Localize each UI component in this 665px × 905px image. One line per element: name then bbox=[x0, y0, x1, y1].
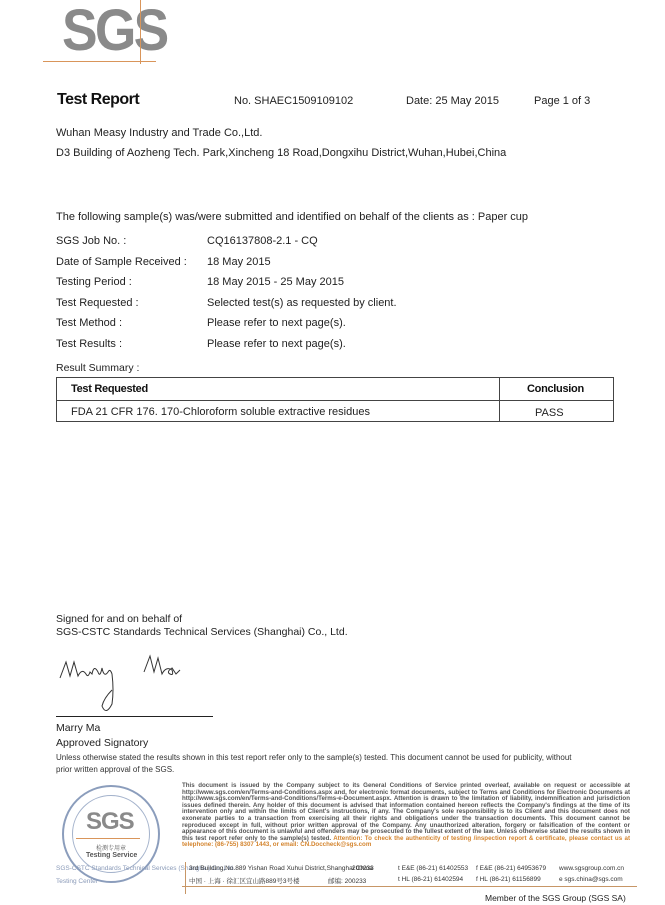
info-value-sample-received: 18 May 2015 bbox=[207, 256, 271, 268]
info-label: Test Method : bbox=[56, 317, 122, 329]
footer-phone-ee: t E&E (86-21) 61402553 bbox=[398, 865, 468, 872]
table-cell-test: FDA 21 CFR 176. 170-Chloroform soluble e… bbox=[71, 406, 370, 418]
terms-fine-print: This document is issued by the Company s… bbox=[182, 783, 630, 849]
stamp-sgs-logo: SGS bbox=[86, 808, 134, 836]
info-label: Test Results : bbox=[56, 338, 122, 350]
info-label: Date of Sample Received : bbox=[56, 256, 187, 268]
report-number: No. SHAEC1509109102 bbox=[234, 95, 353, 107]
stamp-label: Testing Service bbox=[86, 852, 137, 859]
page-number: Page 1 of 3 bbox=[534, 95, 590, 107]
terms-body: This document is issued by the Company s… bbox=[182, 782, 630, 842]
footer-phone-hl: t HL (86-21) 61402594 bbox=[398, 876, 463, 883]
report-date: Date: 25 May 2015 bbox=[406, 95, 499, 107]
footer-email: e sgs.china@sgs.com bbox=[559, 876, 623, 883]
signing-company: SGS-CSTC Standards Technical Services (S… bbox=[56, 626, 348, 638]
info-value-testing-period: 18 May 2015 - 25 May 2015 bbox=[207, 276, 344, 288]
footer-postcode-cn: 邮编: 200233 bbox=[328, 876, 366, 885]
table-column-divider bbox=[499, 378, 500, 421]
disclaimer-line-2: prior written approval of the SGS. bbox=[56, 765, 174, 774]
info-value-test-requested: Selected test(s) as requested by client. bbox=[207, 297, 397, 309]
stamp-center-text: Testing Center bbox=[56, 878, 98, 885]
result-summary-label: Result Summary : bbox=[56, 362, 139, 374]
signatory-title: Approved Signatory bbox=[56, 737, 148, 749]
info-label: Testing Period : bbox=[56, 276, 132, 288]
handwritten-signature bbox=[56, 650, 196, 718]
info-value-test-results: Please refer to next page(s). bbox=[207, 338, 346, 350]
info-label: SGS Job No. : bbox=[56, 235, 126, 247]
table-header-conclusion: Conclusion bbox=[527, 383, 584, 395]
disclaimer-line-1: Unless otherwise stated the results show… bbox=[56, 753, 572, 762]
signature-line bbox=[56, 716, 213, 717]
page-title: Test Report bbox=[57, 91, 139, 109]
footer-fax-ee: f E&E (86-21) 64953679 bbox=[476, 865, 546, 872]
signed-for-label: Signed for and on behalf of bbox=[56, 613, 182, 625]
footer-fax-hl: f HL (86-21) 61156899 bbox=[476, 876, 541, 883]
stamp-cn-label: 检测专用章 bbox=[96, 843, 126, 852]
logo-vertical-rule bbox=[140, 0, 141, 64]
client-name: Wuhan Measy Industry and Trade Co.,Ltd. bbox=[56, 127, 262, 139]
footer-website: www.sgsgroup.com.cn bbox=[559, 865, 624, 872]
table-header-test-requested: Test Requested bbox=[71, 383, 148, 395]
table-cell-conclusion: PASS bbox=[535, 407, 564, 419]
footer-address-cn: 中国 · 上海 · 徐汇区宜山路889号3号楼 bbox=[189, 876, 300, 885]
stamp-rule bbox=[76, 838, 140, 839]
info-value-job-no: CQ16137808-2.1 - CQ bbox=[207, 235, 318, 247]
info-label: Test Requested : bbox=[56, 297, 139, 309]
member-of-sgs-group: Member of the SGS Group (SGS SA) bbox=[485, 893, 626, 903]
signatory-name: Marry Ma bbox=[56, 722, 100, 734]
client-address: D3 Building of Aozheng Tech. Park,Xinche… bbox=[56, 147, 506, 159]
footer-address-en: 3rd Building,No.889 Yishan Road Xuhui Di… bbox=[189, 865, 373, 872]
info-value-test-method: Please refer to next page(s). bbox=[207, 317, 346, 329]
sgs-logo: SGS bbox=[62, 2, 166, 60]
footer-vertical-rule bbox=[185, 862, 186, 894]
sample-intro: The following sample(s) was/were submitt… bbox=[56, 211, 528, 223]
footer-postcode-en: 200233 bbox=[352, 865, 374, 872]
footer-horizontal-rule bbox=[182, 886, 637, 887]
result-summary-table: Test Requested Conclusion FDA 21 CFR 176… bbox=[56, 377, 614, 422]
